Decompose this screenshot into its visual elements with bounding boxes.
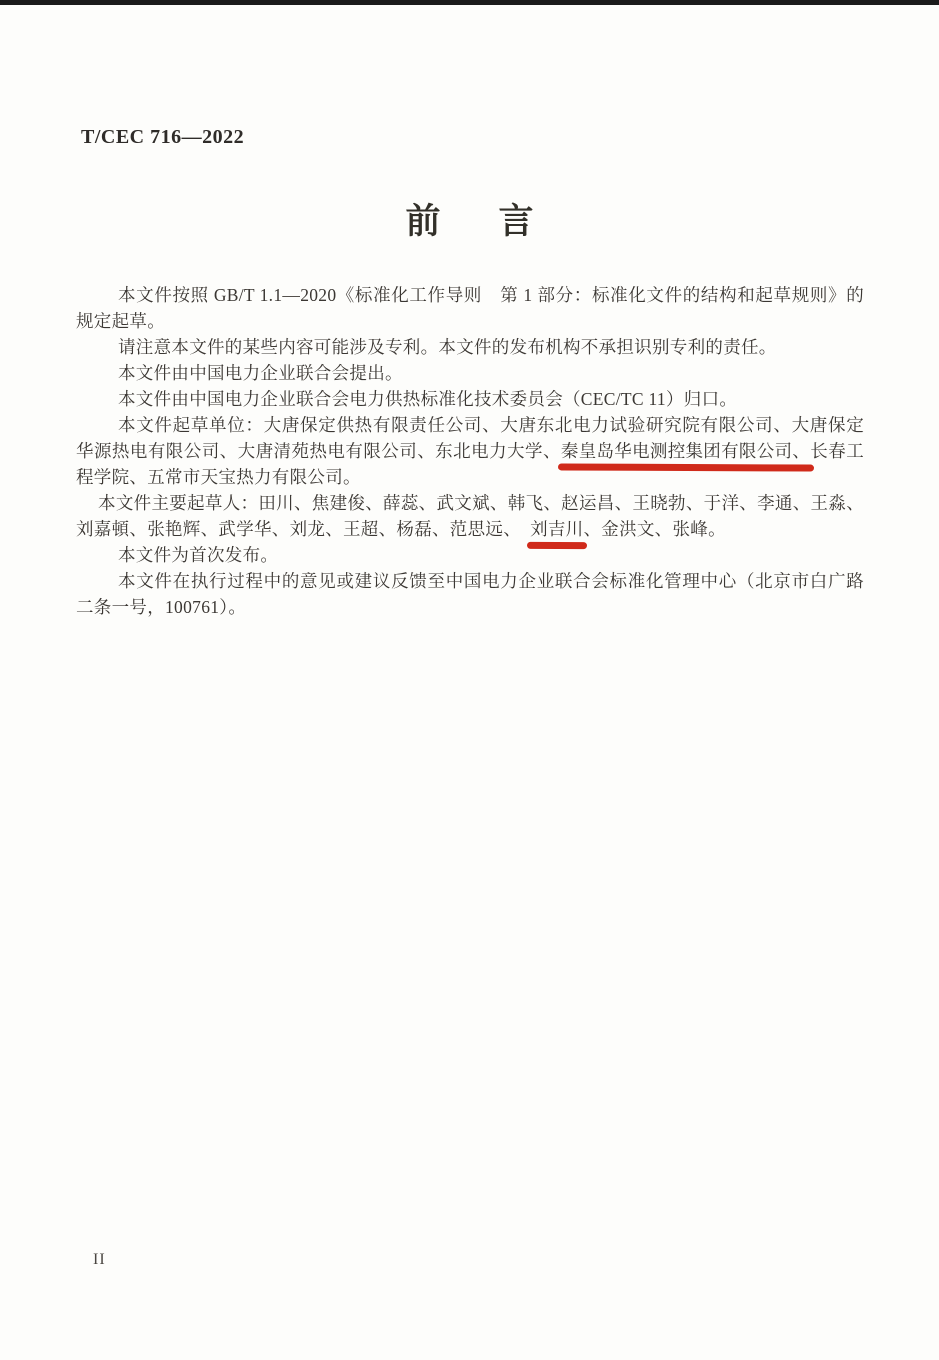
- paragraph-text: 本文件在执行过程中的意见或建议反馈至中国电力企业联合会标准化管理中心（北京市白广…: [76, 571, 864, 617]
- paragraph-text: 本文件由中国电力企业联合会提出。: [118, 363, 403, 383]
- page-title: 前 言: [0, 201, 939, 243]
- paragraph-feedback-address: 本文件在执行过程中的意见或建议反馈至中国电力企业联合会标准化管理中心（北京市白广…: [76, 568, 864, 620]
- paragraph-text: 、金洪文、张峰。: [583, 519, 725, 539]
- scan-edge-bar: [0, 0, 939, 5]
- document-body: 本文件按照 GB/T 1.1—2020《标准化工作导则 第 1 部分：标准化文件…: [76, 282, 864, 620]
- title-char-first: 前: [405, 201, 440, 243]
- page-number: II: [93, 1251, 106, 1269]
- paragraph-drafting-organizations: 本文件起草单位：大唐保定供热有限责任公司、大唐东北电力试验研究院有限公司、大唐保…: [76, 412, 864, 490]
- title-char-second: 言: [499, 201, 534, 243]
- red-underlined-organization: 秦皇岛华电测控集团有限公司、: [561, 438, 810, 464]
- paragraph-text: 请注意本文件的某些内容可能涉及专利。本文件的发布机构不承担识别专利的责任。: [118, 337, 777, 357]
- paragraph-main-drafters: 本文件主要起草人：田川、焦建俊、薛蕊、武文斌、韩飞、赵运昌、王晓勃、于洋、李通、…: [76, 490, 864, 542]
- paragraph-first-publication: 本文件为首次发布。: [76, 542, 864, 568]
- paragraph-centralized-by: 本文件由中国电力企业联合会电力供热标准化技术委员会（CEC/TC 11）归口。: [76, 386, 864, 412]
- paragraph-text: 本文件为首次发布。: [118, 545, 278, 565]
- document-page: T/CEC 716—2022 前 言 本文件按照 GB/T 1.1—2020《标…: [0, 0, 939, 1360]
- red-underlined-drafter: 刘吉川: [530, 516, 583, 542]
- paragraph-drafting-basis: 本文件按照 GB/T 1.1—2020《标准化工作导则 第 1 部分：标准化文件…: [76, 282, 864, 334]
- paragraph-text: 本文件由中国电力企业联合会电力供热标准化技术委员会（CEC/TC 11）归口。: [118, 389, 737, 409]
- standard-number: T/CEC 716—2022: [81, 126, 244, 149]
- paragraph-text: 本文件主要起草人：田川、焦建俊、薛蕊、武文斌、韩飞、赵运昌、王晓勃、于洋、李通、…: [76, 493, 864, 539]
- paragraph-proposed-by: 本文件由中国电力企业联合会提出。: [76, 360, 864, 386]
- paragraph-patent-notice: 请注意本文件的某些内容可能涉及专利。本文件的发布机构不承担识别专利的责任。: [76, 334, 864, 360]
- paragraph-text: 本文件按照 GB/T 1.1—2020《标准化工作导则 第 1 部分：标准化文件…: [76, 285, 864, 331]
